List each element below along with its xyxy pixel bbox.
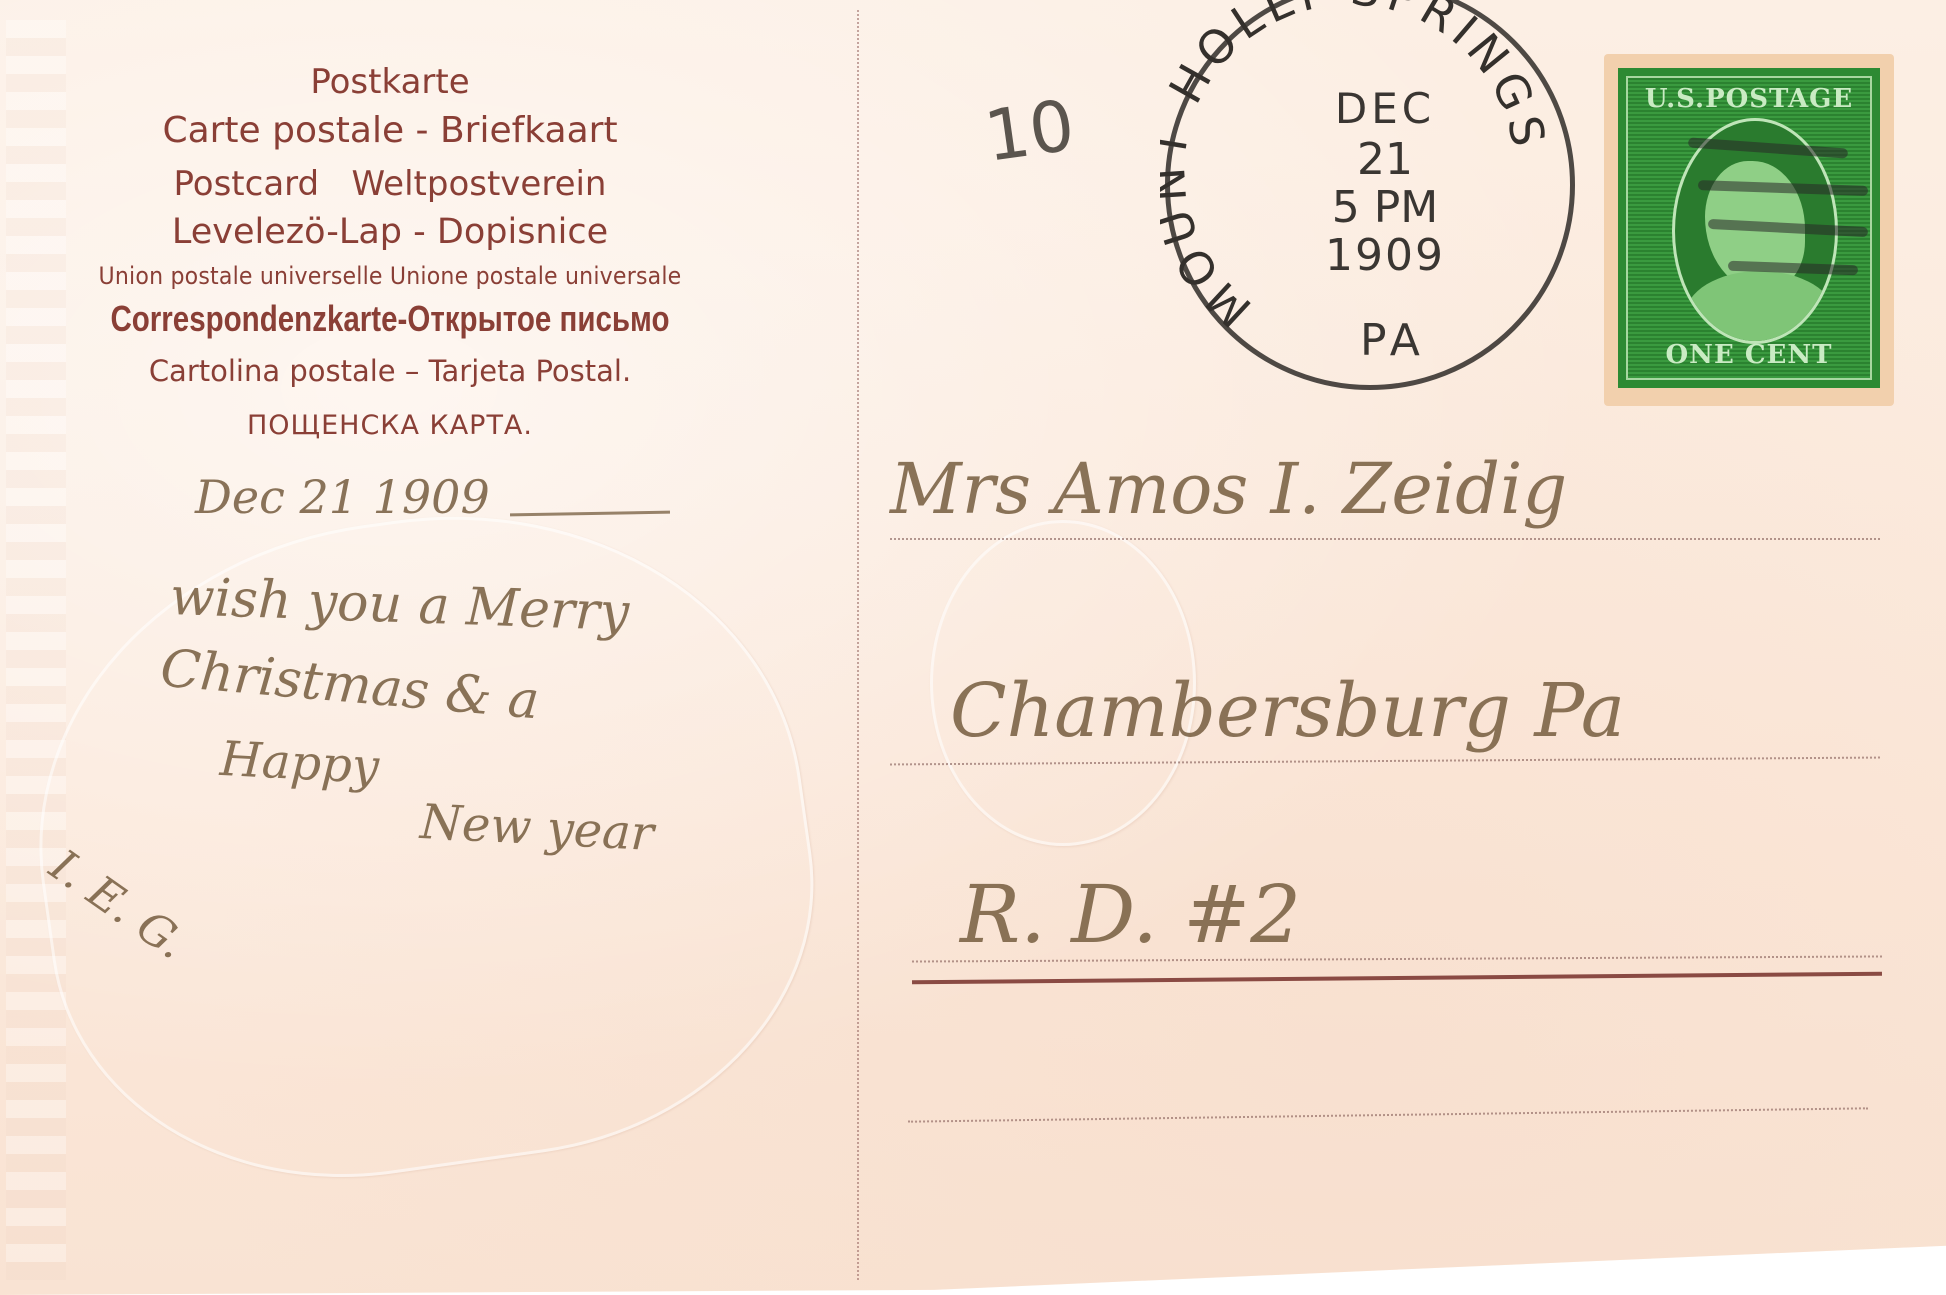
address-route: R. D. #2: [960, 868, 1301, 961]
header-line-postkarte: Postkarte: [0, 62, 780, 102]
header-line-bulgarian: ПОЩЕНСКА КАРТА.: [0, 410, 780, 441]
center-divider: [857, 10, 859, 1280]
postmark-year: 1909: [1305, 234, 1465, 278]
address-name: Mrs Amos I. Zeidig: [890, 448, 1567, 530]
postmark-day: 21: [1305, 138, 1465, 182]
header-line-union-postale: Union postale universelle Unione postale…: [31, 262, 749, 290]
postmark-time: 5 PM: [1305, 186, 1465, 230]
header-line-postcard: Postcard Weltpostverein: [0, 164, 780, 204]
address-line-4-rule: [908, 1107, 1868, 1122]
postmark-date-block: DEC 21 5 PM 1909: [1305, 88, 1465, 278]
postmark: MOUNT HOLLY SPRINGS DEC 21 5 PM 1909 PA: [1165, 0, 1575, 390]
stamp-top-text: U.S.POSTAGE: [1628, 84, 1870, 114]
stamp-bottom-text: ONE CENT: [1628, 340, 1870, 370]
portrait-bust-icon: [1685, 271, 1835, 344]
message-date: Dec 21 1909: [195, 470, 490, 524]
address-line-1-rule: [890, 538, 1880, 540]
pencil-note: 10: [980, 84, 1080, 178]
embossed-edge-pattern: [6, 20, 66, 1280]
postmark-month: DEC: [1305, 88, 1465, 130]
header-line-levelezo-lap: Levelezö-Lap - Dopisnice: [0, 212, 780, 252]
address-city: Chambersburg Pa: [950, 668, 1625, 754]
postcard-back: Postkarte Carte postale - Briefkaart Pos…: [0, 0, 1946, 1295]
header-line-correspondenzkarte: Correspondenzkarte-Открытое письмо: [70, 298, 710, 340]
date-underline: [510, 511, 670, 517]
header-line-cartolina: Cartolina postale – Tarjeta Postal.: [0, 354, 780, 388]
postmark-state: PA: [1360, 315, 1426, 366]
header-line-carte-postale: Carte postale - Briefkaart: [0, 110, 780, 151]
address-solid-rule: [912, 972, 1882, 984]
postage-stamp: U.S.POSTAGE ONE CENT: [1618, 68, 1880, 388]
message-line-3: Happy: [219, 731, 381, 795]
